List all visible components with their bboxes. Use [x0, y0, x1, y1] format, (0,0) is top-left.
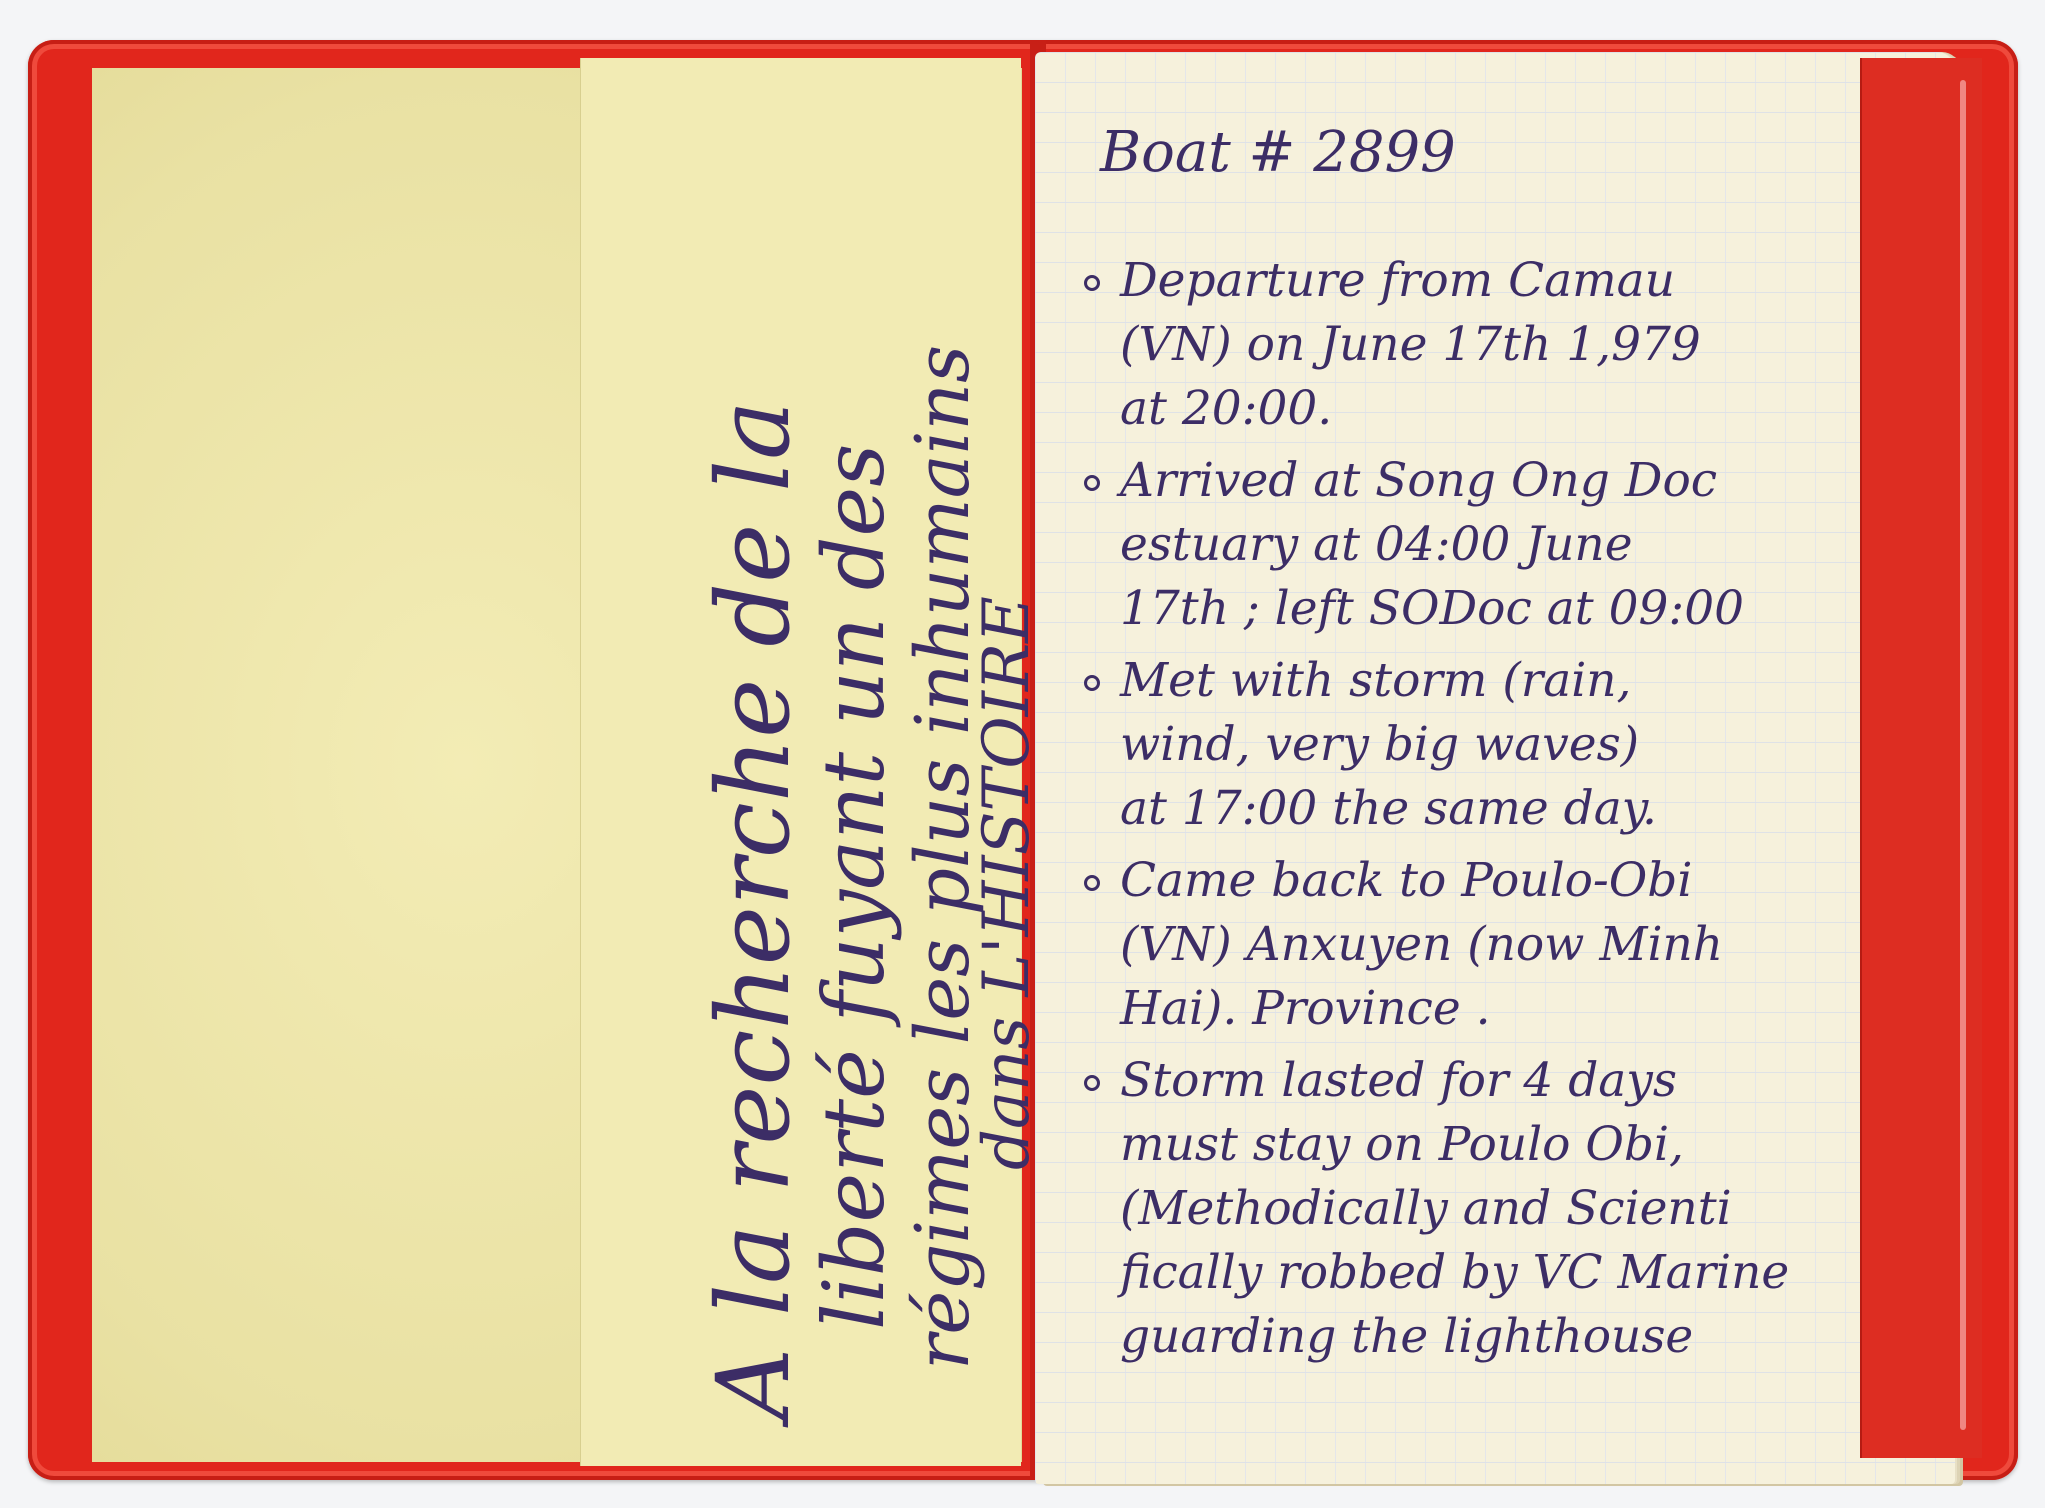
entry-line: Hai). Province .	[1120, 977, 1940, 1041]
bullet-icon	[1084, 675, 1100, 691]
entry-line: fically robbed by VC Marine	[1120, 1241, 1940, 1305]
entry-line: estuary at 04:00 June	[1120, 513, 1940, 577]
entry-line: must stay on Poulo Obi,	[1120, 1113, 1940, 1177]
plastic-shine	[1960, 80, 1966, 1430]
journal-entry: Storm lasted for 4 days must stay on Pou…	[1080, 1049, 1940, 1369]
vertical-french-inscription: A la recherche de la liberté fuyant un d…	[600, 120, 1020, 1450]
inscription-line-4: dans L'HISTOIRE	[970, 596, 1044, 1170]
entry-line: at 17:00 the same day.	[1120, 777, 1940, 841]
entry-line: Came back to Poulo-Obi	[1120, 849, 1940, 913]
journal-entry: Came back to Poulo-Obi (VN) Anxuyen (now…	[1080, 849, 1940, 1041]
entry-line: Departure from Camau	[1120, 249, 1940, 313]
inscription-line-2: liberté fuyant un des	[805, 444, 903, 1330]
entry-line: guarding the lighthouse	[1120, 1305, 1940, 1369]
journal-title: Boat # 2899	[1100, 120, 1940, 185]
entry-line: 17th ; left SODoc at 09:00	[1120, 577, 1940, 641]
entry-line: Storm lasted for 4 days	[1120, 1049, 1940, 1113]
bullet-icon	[1084, 275, 1100, 291]
bullet-icon	[1084, 875, 1100, 891]
entry-line: (Methodically and Scienti	[1120, 1177, 1940, 1241]
inscription-line-1: A la recherche de la	[695, 400, 812, 1420]
journal-entry: Met with storm (rain, wind, very big wav…	[1080, 649, 1940, 841]
entry-line: (VN) on June 17th 1,979	[1120, 313, 1940, 377]
entry-line: at 20:00.	[1120, 377, 1940, 441]
entry-line: wind, very big waves)	[1120, 713, 1940, 777]
journal-entry: Arrived at Song Ong Doc estuary at 04:00…	[1080, 449, 1940, 641]
entry-line: (VN) Anxuyen (now Minh	[1120, 913, 1940, 977]
journal-entry: Departure from Camau (VN) on June 17th 1…	[1080, 249, 1940, 441]
journal-entries: Boat # 2899 Departure from Camau (VN) on…	[1080, 120, 1940, 1377]
bullet-icon	[1084, 475, 1100, 491]
entry-line: Met with storm (rain,	[1120, 649, 1940, 713]
bullet-icon	[1084, 1075, 1100, 1091]
entry-line: Arrived at Song Ong Doc	[1120, 449, 1940, 513]
